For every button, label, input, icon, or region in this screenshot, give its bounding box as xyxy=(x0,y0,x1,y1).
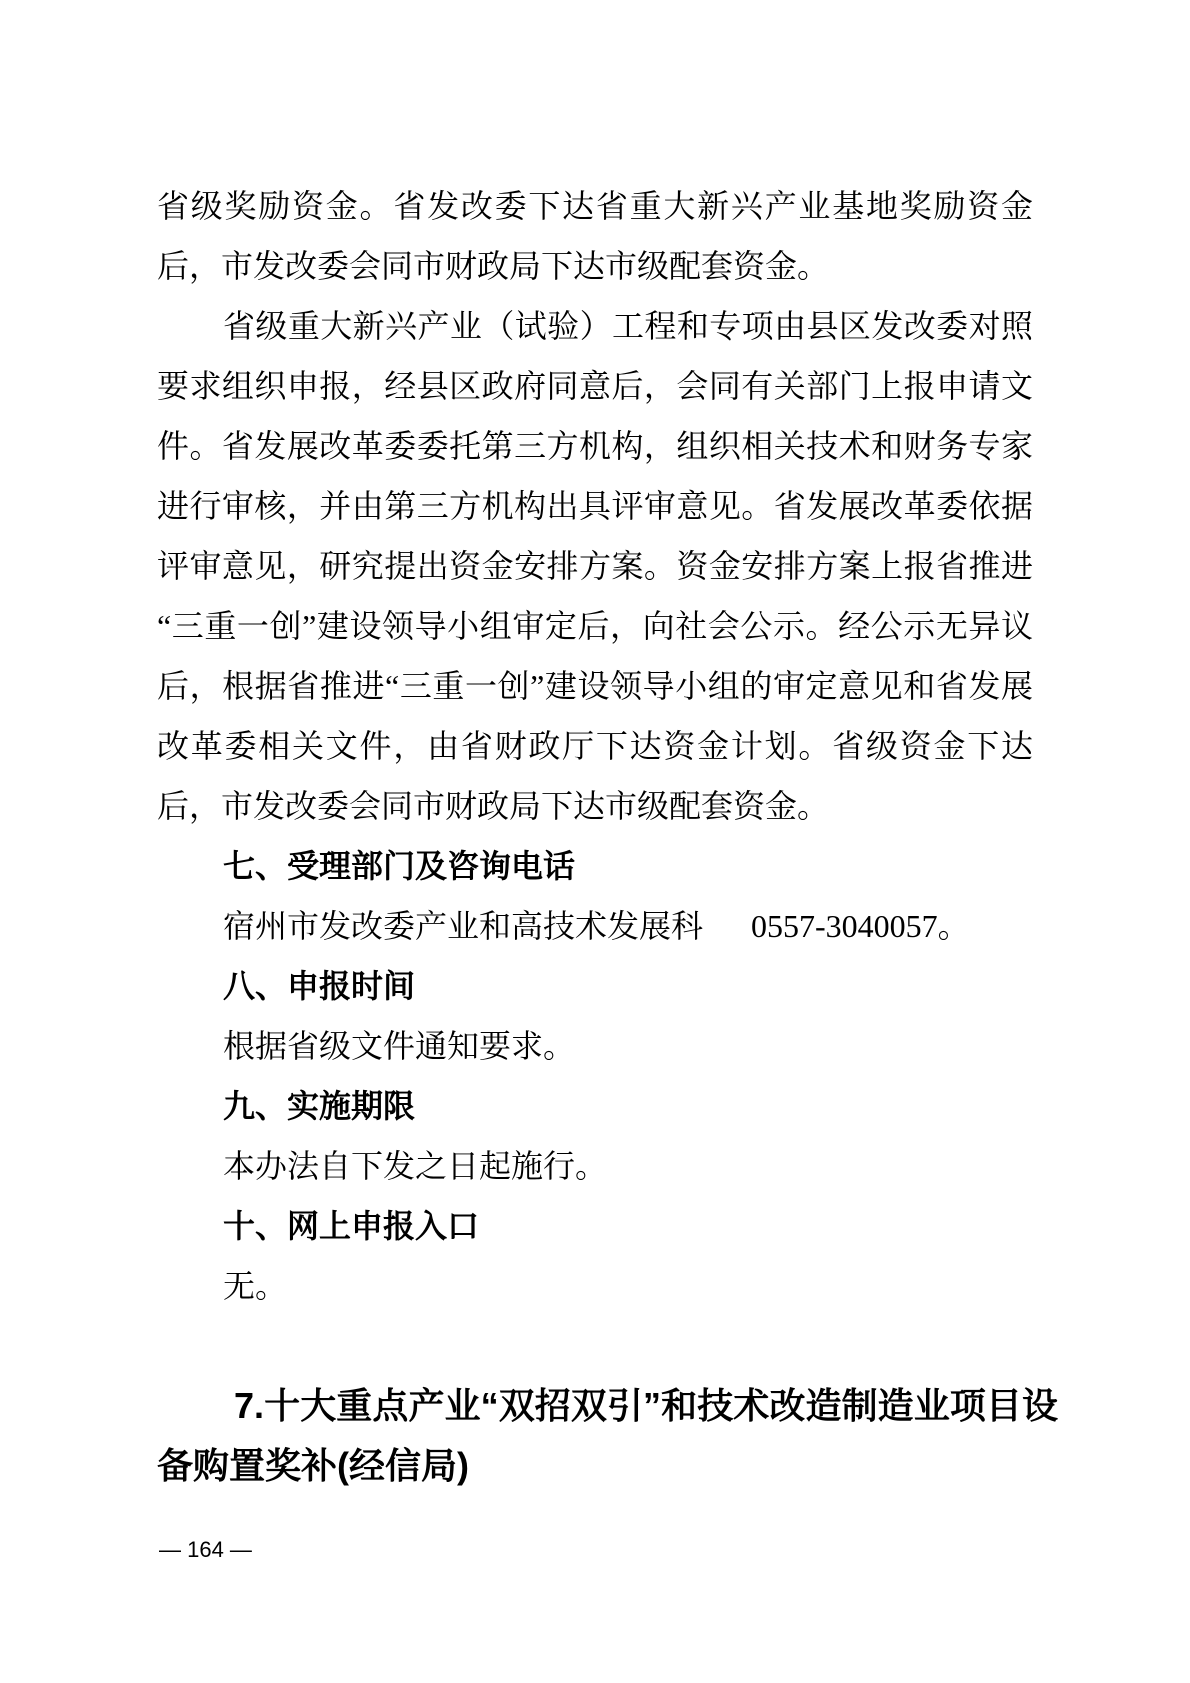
paragraph-application-process: 省级重大新兴产业（试验）工程和专项由县区发改委对照要求组织申报，经县区政府同意后… xyxy=(157,296,1033,836)
page-number: — 164 — xyxy=(159,1537,252,1563)
section-body-application-time: 根据省级文件通知要求。 xyxy=(157,1016,1033,1076)
document-page: 省级奖励资金。省发改委下达省重大新兴产业基地奖励资金后，市发改委会同市财政局下达… xyxy=(0,0,1190,1683)
office-name: 宿州市发改委产业和高技术发展科 xyxy=(223,908,703,944)
section-body-online-entry: 无。 xyxy=(157,1256,1033,1316)
paragraph-continuation: 省级奖励资金。省发改委下达省重大新兴产业基地奖励资金后，市发改委会同市财政局下达… xyxy=(157,176,1033,296)
next-chapter-title: 7.十大重点产业“双招双引”和技术改造制造业项目设备购置奖补(经信局) xyxy=(157,1376,1058,1496)
phone-number: 0557-3040057。 xyxy=(751,908,970,944)
section-heading-implementation-period: 九、实施期限 xyxy=(157,1076,1033,1136)
document-body: 省级奖励资金。省发改委下达省重大新兴产业基地奖励资金后，市发改委会同市财政局下达… xyxy=(157,176,1033,1496)
section-heading-accepting-department: 七、受理部门及咨询电话 xyxy=(157,836,1033,896)
section-heading-application-time: 八、申报时间 xyxy=(157,956,1033,1016)
section-body-implementation-period: 本办法自下发之日起施行。 xyxy=(157,1136,1033,1196)
section-body-accepting-department: 宿州市发改委产业和高技术发展科0557-3040057。 xyxy=(157,896,1033,956)
section-heading-online-entry: 十、网上申报入口 xyxy=(157,1196,1033,1256)
